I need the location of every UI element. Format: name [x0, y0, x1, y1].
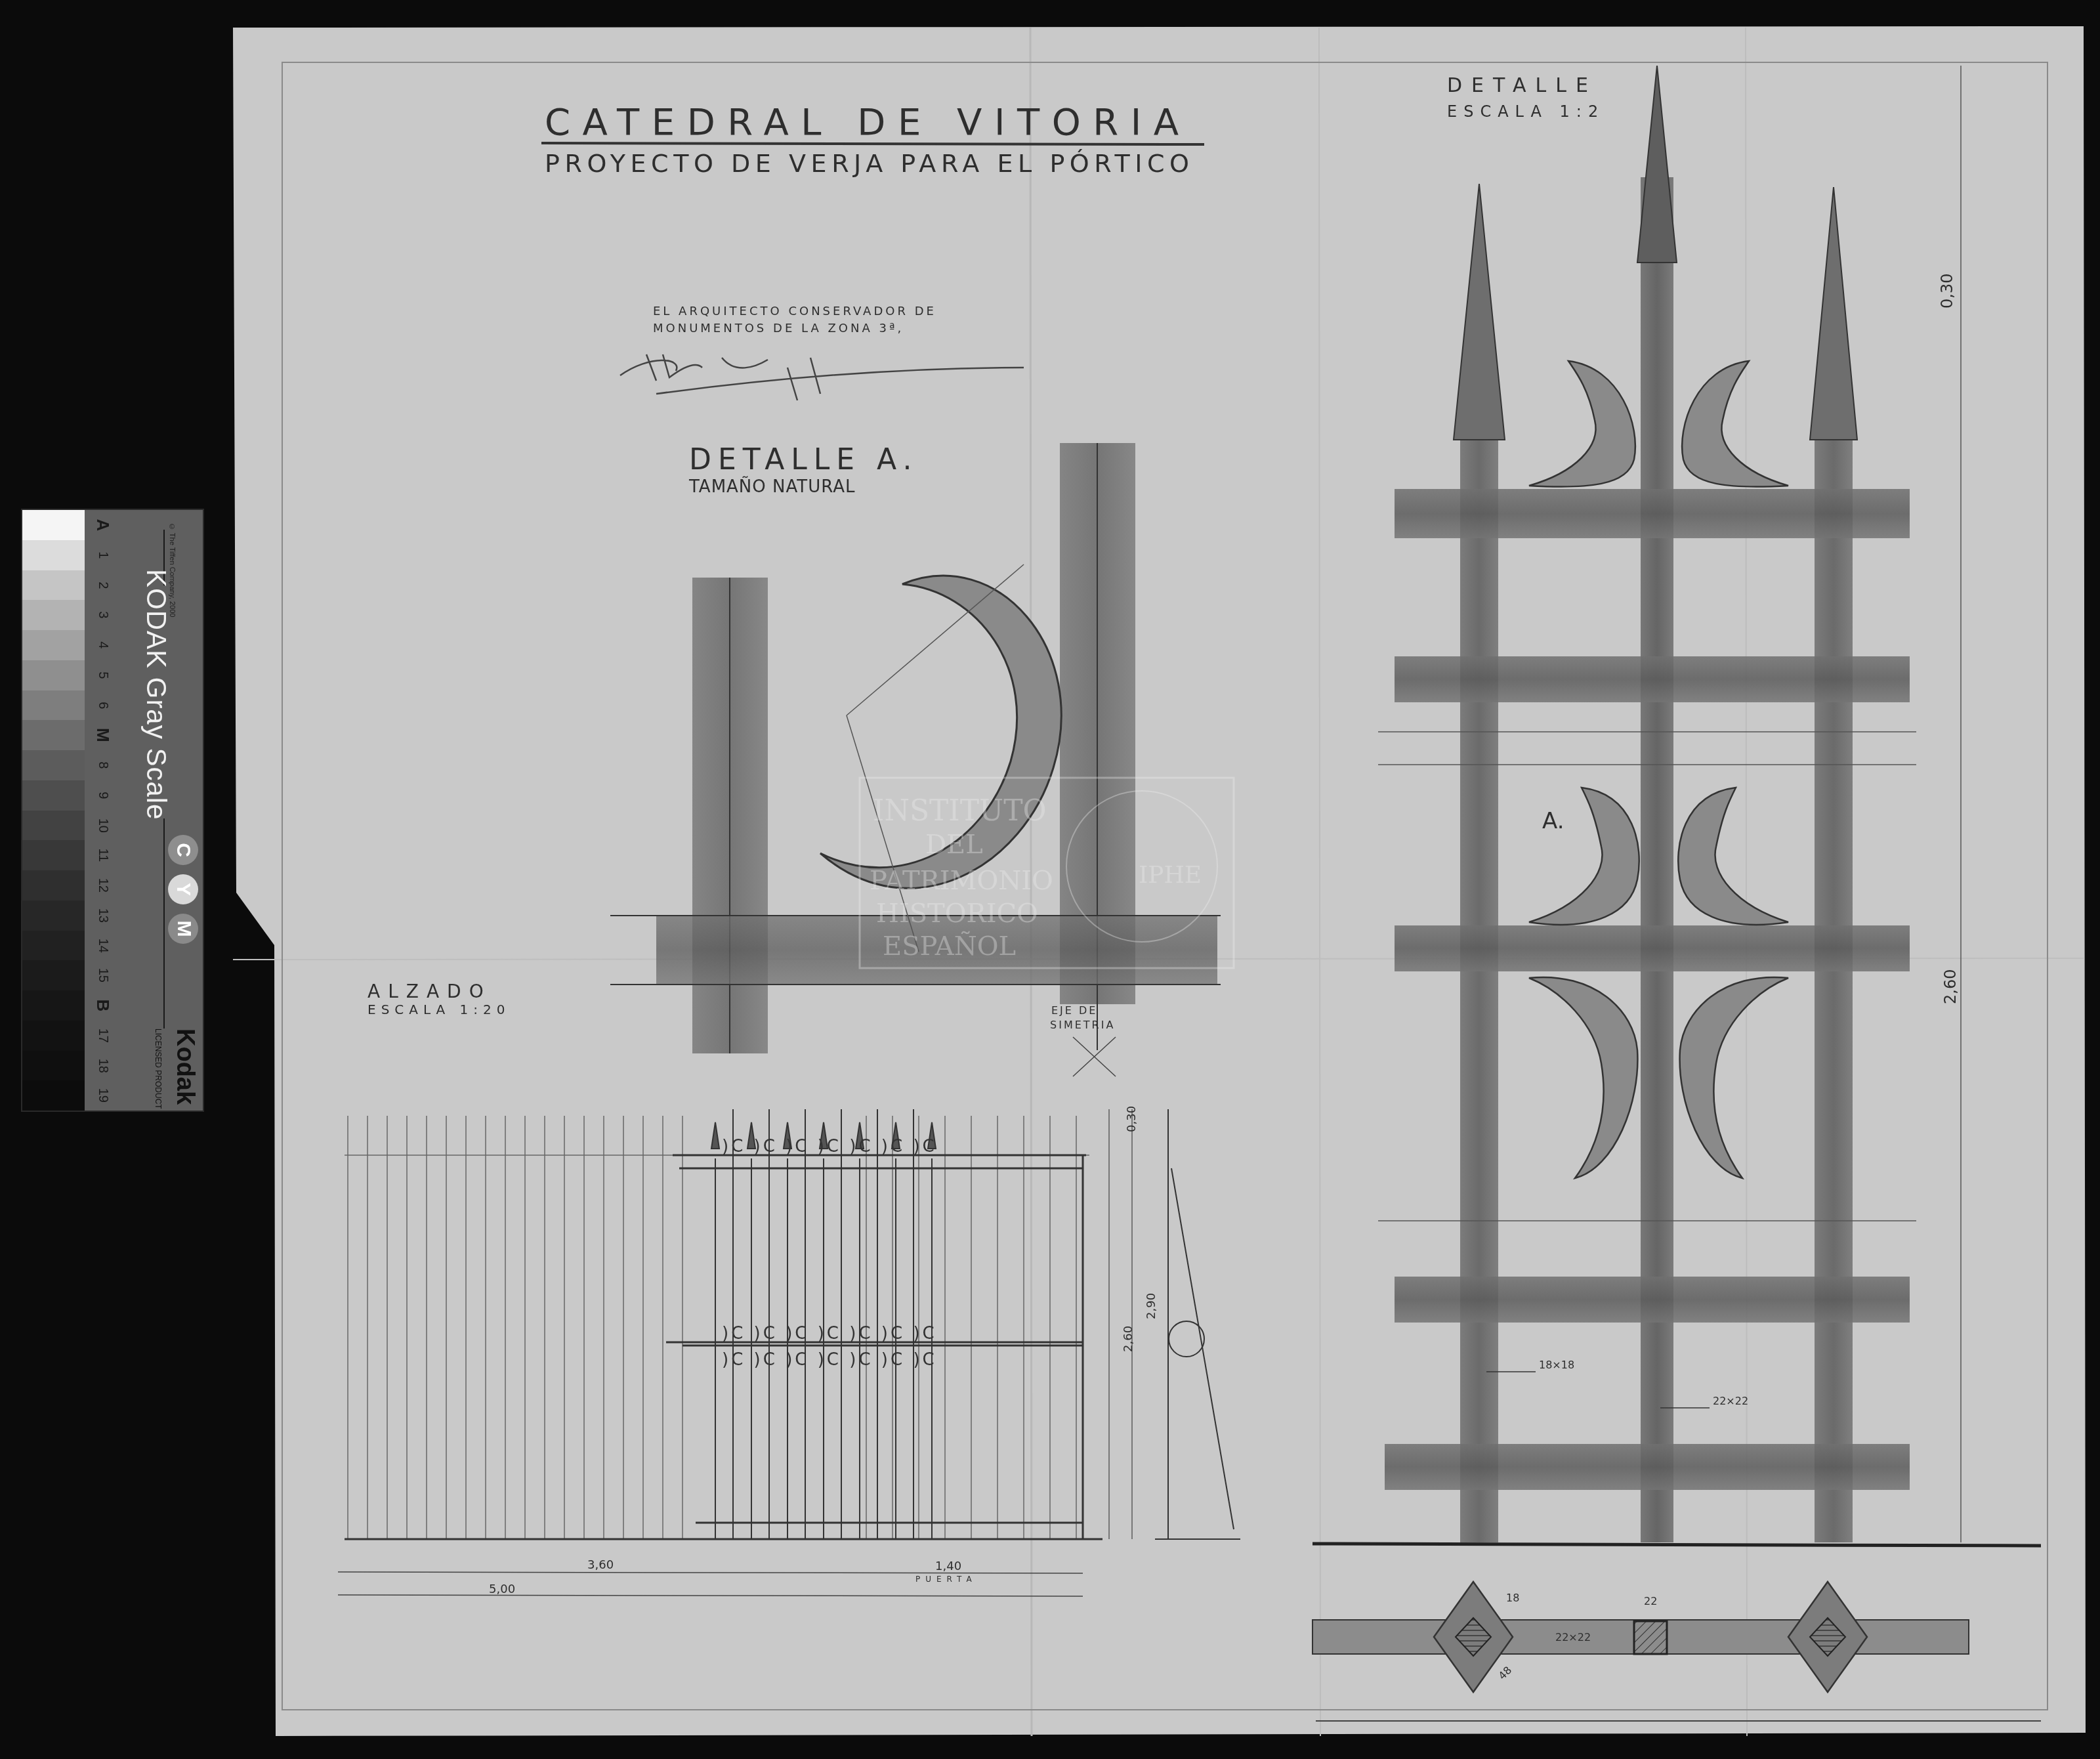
gray-scale-labels: A 1 2 3 4 5 6 M 8 9 10 11 12 13 14 15 B … — [88, 510, 117, 1111]
plan-dim-22x22: 22×22 — [1555, 1631, 1591, 1643]
svg-text:DEL: DEL — [925, 830, 983, 860]
dim-door: 1,40 — [935, 1559, 961, 1573]
svg-text:HISTORICO: HISTORICO — [876, 899, 1038, 929]
top-ornaments: )C )C )C )C )C )C )C — [722, 1137, 937, 1156]
gray-scale-title: KODAK Gray Scale — [140, 569, 172, 820]
svg-text:PATRIMONIO: PATRIMONIO — [870, 866, 1053, 896]
alzado-dim-260: 2,60 — [1122, 1326, 1135, 1352]
alzado-title: ALZADO — [367, 981, 492, 1002]
detalle-ref-a: A. — [1542, 808, 1564, 834]
dim-fixed: 3,60 — [587, 1558, 614, 1572]
mid-ornaments-top: )C )C )C )C )C )C )C — [722, 1324, 937, 1344]
detalle-a-subtitle: TAMAÑO NATURAL — [688, 476, 855, 497]
dim-right-top: 0,30 — [1938, 274, 1956, 308]
signature-line-1: EL ARQUITECTO CONSERVADOR DE — [653, 305, 936, 318]
signature-line-2: MONUMENTOS DE LA ZONA 3ª, — [653, 322, 904, 335]
title-block: CATEDRAL DE VITORIA PROYECTO DE VERJA PA… — [541, 101, 1204, 178]
plan-dim-22: 22 — [1644, 1595, 1657, 1607]
svg-text:INSTITUTO: INSTITUTO — [873, 794, 1047, 828]
cyan-circle: C — [168, 835, 198, 865]
door-label: PUERTA — [915, 1575, 977, 1584]
detalle-right-title: DETALLE — [1447, 74, 1597, 97]
detalle-a-title: DETALLE A. — [689, 443, 918, 477]
alzado-dim-top: 0,30 — [1125, 1106, 1139, 1132]
plan-dim-18: 18 — [1506, 1592, 1519, 1604]
document-subtitle: PROYECTO DE VERJA PARA EL PÓRTICO — [545, 149, 1194, 178]
svg-text:ESPAÑOL: ESPAÑOL — [883, 931, 1016, 962]
kodak-licensed: LICENSED PRODUCT — [154, 1028, 163, 1109]
divider — [163, 818, 165, 1028]
bar-large-label: 22×22 — [1713, 1395, 1748, 1407]
gray-patches — [22, 510, 85, 1111]
yellow-circle: Y — [168, 874, 198, 904]
axis-label-2: SIMETRIA — [1050, 1019, 1115, 1031]
detalle-right-scale: ESCALA 1:2 — [1447, 102, 1605, 121]
alzado-scale: ESCALA 1:20 — [367, 1002, 511, 1017]
bar-small-label: 18×18 — [1539, 1359, 1574, 1371]
architectural-drawing: CATEDRAL DE VITORIA PROYECTO DE VERJA PA… — [0, 0, 2100, 1759]
mid-ornaments-bot: )C )C )C )C )C )C )C — [722, 1350, 937, 1370]
alzado-dim-290: 2,90 — [1144, 1293, 1158, 1319]
dim-right-main: 2,60 — [1941, 969, 1960, 1004]
kodak-logo: Kodak — [171, 1028, 199, 1105]
kodak-gray-scale: A 1 2 3 4 5 6 M 8 9 10 11 12 13 14 15 B … — [21, 509, 204, 1112]
axis-label-1: EJE DE — [1051, 1004, 1097, 1017]
magenta-circle: M — [168, 914, 198, 944]
svg-text:IPHE: IPHE — [1139, 862, 1202, 889]
dim-total: 5,00 — [489, 1582, 515, 1596]
